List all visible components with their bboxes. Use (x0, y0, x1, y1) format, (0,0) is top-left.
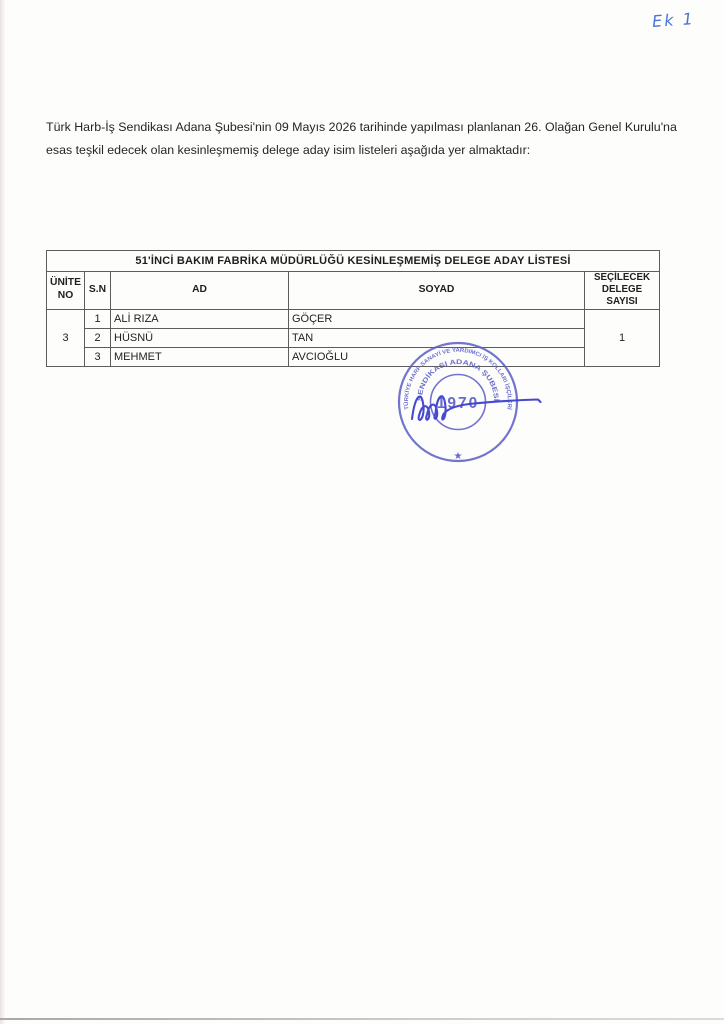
unit-no-cell: 3 (47, 309, 85, 366)
sn-cell: 3 (85, 347, 111, 366)
col-header-ad: AD (111, 272, 289, 310)
handwritten-annotation: Ek 1 (646, 3, 716, 35)
col-header-secilecek: SEÇİLECEK DELEGE SAYISI (585, 272, 660, 310)
scan-edge-left (0, 0, 5, 1024)
ad-cell: MEHMET (111, 347, 289, 366)
soyad-cell: GÖÇER (289, 309, 585, 328)
col-header-sn: S.N (85, 272, 111, 310)
paragraph-line-1: Türk Harb-İş Sendikası Adana Şubesi'nin … (46, 116, 677, 139)
delegate-count-cell: 1 (585, 309, 660, 366)
union-stamp: TÜRKİYE HARP SANAYİ VE YARDIMCI İŞ KOLLA… (392, 337, 552, 469)
scan-edge-bottom (0, 1018, 724, 1020)
table-header-row: ÜNİTE NO S.N AD SOYAD SEÇİLECEK DELEGE S… (47, 272, 660, 310)
ad-cell: HÜSNÜ (111, 328, 289, 347)
stamp-star-icon: ★ (454, 451, 463, 462)
sn-cell: 1 (85, 309, 111, 328)
annotation-ink: Ek 1 (651, 9, 695, 31)
sn-cell: 2 (85, 328, 111, 347)
table-row: 3 MEHMET AVCIOĞLU (47, 347, 660, 366)
delegate-candidate-table: 51'İNCİ BAKIM FABRİKA MÜDÜRLÜĞÜ KESİNLEŞ… (46, 250, 660, 367)
paragraph-line-2: esas teşkil edecek olan kesinleşmemiş de… (46, 139, 677, 162)
col-header-unite-no: ÜNİTE NO (47, 272, 85, 310)
table-title-row: 51'İNCİ BAKIM FABRİKA MÜDÜRLÜĞÜ KESİNLEŞ… (47, 251, 660, 272)
stamp-ink-text: TÜRKİYE HARP SANAYİ VE YARDIMCI İŞ KOLLA… (403, 348, 513, 462)
annotation-text: Ek 1 (651, 9, 695, 31)
document-page: Ek 1 Türk Harb-İş Sendikası Adana Şubesi… (0, 0, 724, 1024)
col-header-soyad: SOYAD (289, 272, 585, 310)
table-row: 2 HÜSNÜ TAN (47, 328, 660, 347)
ad-cell: ALİ RIZA (111, 309, 289, 328)
table-title: 51'İNCİ BAKIM FABRİKA MÜDÜRLÜĞÜ KESİNLEŞ… (47, 251, 660, 272)
table-row: 3 1 ALİ RIZA GÖÇER 1 (47, 309, 660, 328)
intro-paragraph: Türk Harb-İş Sendikası Adana Şubesi'nin … (46, 116, 677, 161)
